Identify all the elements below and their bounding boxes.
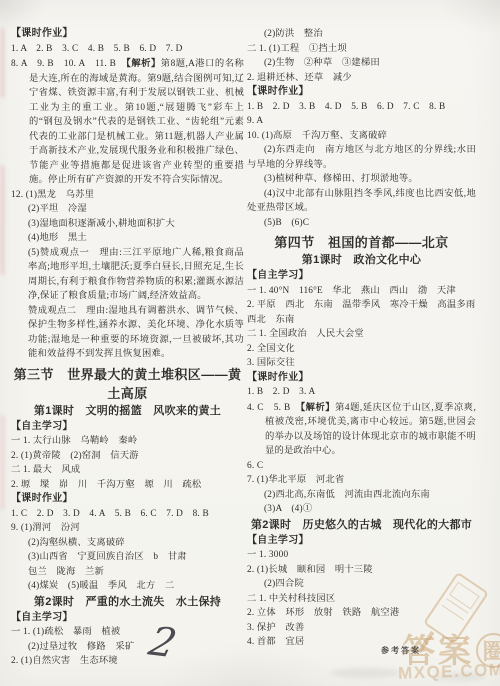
answer-item: 7. (1)华北平原 河北省 — [247, 473, 476, 488]
answer-item: 西北 东南 — [247, 313, 476, 328]
answers-row: 1. B 2. D 3. B 4. D 5. B 6. D 7. C 8. B — [247, 100, 476, 115]
section-heading: 第三节 世界最大的黄土堆积区——黄土高原 — [11, 365, 244, 403]
emphasis-label: 【解析】 — [126, 58, 161, 68]
answer-sub-item: (5)B (6)C — [264, 216, 476, 231]
block-label: 【课时作业】 — [247, 85, 476, 100]
answer-sub-item: (3)山西省 宁夏回族自治区 b 甘肃 — [28, 550, 244, 565]
answer-item: 4. 首都 宜居 — [247, 635, 476, 650]
text-segment: 4. C 5. B — [247, 403, 300, 413]
block-label: 【自主学习】 — [11, 611, 244, 626]
answer-paragraph: 4. C 5. B 【解析】第4题,延庆区位于山区,夏季凉爽,植被茂密,环境优美… — [247, 400, 476, 459]
answer-sub-item: (4)煤炭 (5)暖温 季风 北方 二 — [28, 579, 244, 594]
scan-smudge — [330, 668, 400, 678]
answer-sub-item: (2)沟壑纵横、支离破碎 — [28, 536, 244, 551]
answer-item: 9. (1)渭河 汾河 — [11, 521, 244, 536]
answer-sub-item: (2)生物 ②种草 ③建梯田 — [264, 56, 476, 71]
answer-item: 3. 国际交往 — [247, 356, 476, 371]
answer-item: 一 1. 太行山脉 乌鞘岭 秦岭 — [11, 434, 244, 449]
block-label: 【课时作业】 — [247, 371, 476, 386]
answers-row: 1. A 2. B 3. C 4. B 5. B 6. D 7. D — [11, 42, 244, 57]
answer-key-page: 答案圈 MXQE.COM 【课时作业】1. A 2. B 3. C 4. B 5… — [0, 0, 500, 686]
answer-item: 2. 全国文化 — [247, 342, 476, 357]
answer-sub-item: (3)湿地面积逐渐减小,耕地面积扩大 — [28, 217, 244, 232]
answer-sub-item: (3)A (4)① — [264, 502, 476, 517]
answer-sub-item: (2)西北高,东南低 河流由西北流向东南 — [264, 488, 476, 503]
answer-item: 3. 保护 改善 — [247, 621, 476, 636]
lesson-heading: 第1课时 政治文化中心 — [247, 252, 476, 269]
block-label: 【课时作业】 — [11, 492, 244, 507]
answer-item: 二 1. (1)工程 ①挡土坝 — [247, 42, 476, 57]
lesson-heading: 第2课时 严重的水土流失 水土保持 — [11, 594, 244, 611]
answer-item: 10. (1)高原 千沟万壑、支离破碎 — [247, 129, 476, 144]
scan-smudge — [0, 165, 5, 275]
answer-sub-item: (3)植树种草、修梯田、打坝淤地等。 — [264, 172, 476, 187]
watermark-url-text: MXQE.COM — [398, 660, 500, 684]
answer-sub-paragraph: (2)东西走向 南方地区与北方地区的分界线;水田与旱地的分界线等。 — [247, 143, 476, 172]
answer-item: 二 1. 最大 风成 — [11, 463, 244, 478]
answer-item: 一 1. (1)疏松 暴雨 植被 — [11, 625, 244, 640]
answer-sub-item: (2)平坦 冷湿 — [28, 202, 244, 217]
lesson-heading: 第1课时 文明的摇篮 风吹来的黄土 — [11, 403, 244, 420]
answer-item: 2. (1)黄帝陵 (2)窑洞 信天游 — [11, 449, 244, 464]
answer-sub-item: (4)地形 黑土 — [28, 231, 244, 246]
answer-sub-item: 包兰 陇海 兰新 — [28, 565, 244, 580]
block-label: 【自主学习】 — [247, 534, 476, 549]
answers-row: 1. B 2. D 3. A — [247, 385, 476, 400]
answer-item: 二 1. 中关村科技园区 — [247, 592, 476, 607]
answer-sub-item: (2)防洪 整治 — [264, 27, 476, 42]
answer-paragraph: 8. A 9. B 10. A 11. B 【解析】第8题,A港口的名称是大连,… — [11, 56, 244, 188]
answers-row: 1. C 2. D 3. D 4. A 5. B 6. C 7. D 8. B — [11, 507, 244, 522]
block-label: 【自主学习】 — [247, 269, 476, 284]
answer-item: 2. 退耕还林、还草 减少 — [247, 71, 476, 86]
text-segment: 第8题,A港口的名称是大连,所在的海域是黄海。第9题,结合图例可知,辽宁省煤、铁… — [29, 59, 244, 185]
reference-answers-label: 参考答案 — [381, 645, 421, 656]
answer-item: 2. (1)长城 颐和园 明十三陵 — [247, 563, 476, 578]
answer-item: 一 1. 40°N 116°E 华北 燕山 西山 渤 天津 — [247, 284, 476, 299]
answer-item: 6. C — [247, 459, 476, 474]
scan-smudge — [0, 415, 5, 510]
answer-sub-item: (2)过垦过牧 修路 采矿 — [28, 640, 244, 655]
answer-sub-item: (2)四合院 — [264, 577, 476, 592]
block-label: 【课时作业】 — [11, 27, 244, 42]
answer-item: 2. (1)自然灾害 生态环境 — [11, 654, 244, 669]
answer-sub-paragraph: 赞成观点二 理由:湿地具有调蓄洪水、调节气候、保护生物多样性,涵养水源、美化环境… — [28, 304, 244, 362]
answer-item: 2. 立体 环形 放射 铁路 航空港 — [247, 606, 476, 621]
answer-item: 12. (1)黑龙 乌苏里 — [11, 188, 244, 203]
lesson-heading: 第2课时 历史悠久的古城 现代化的大都市 — [247, 517, 476, 534]
answer-sub-paragraph: (4)汉中北部有山脉阻挡冬季风,纬度也比西安低,地处亚热带区域。 — [247, 187, 476, 216]
block-label: 【自主学习】 — [11, 420, 244, 435]
answer-column-right: (2)防洪 整治二 1. (1)工程 ①挡土坝(2)生物 ②种草 ③建梯田2. … — [247, 27, 476, 650]
answer-item: 二 1. 全国政治 人民大会堂 — [247, 327, 476, 342]
scan-smudge — [0, 28, 5, 98]
answer-item: 一 1. 3000 — [247, 548, 476, 563]
answer-sub-paragraph: (5)赞成观点一 理由:三江平原地广人稀,粮食商品率高;地形平坦,土壤肥沃;夏季… — [28, 246, 244, 304]
emphasis-label: 【解析】 — [300, 402, 335, 412]
answer-item: 9. A — [247, 114, 476, 129]
text-segment: 8. A 9. B 10. A 11. B — [11, 59, 126, 69]
answer-column-left: 【课时作业】1. A 2. B 3. C 4. B 5. B 6. D 7. D… — [11, 27, 244, 669]
section-heading: 第四节 祖国的首都——北京 — [247, 233, 476, 252]
answer-item: 2. 塬 墚 峁 川 千沟万壑 塬 川 疏松 — [11, 478, 244, 493]
answer-item: 2. 平原 西北 东南 温带季风 寒冷干燥 高温多雨 — [247, 298, 476, 313]
